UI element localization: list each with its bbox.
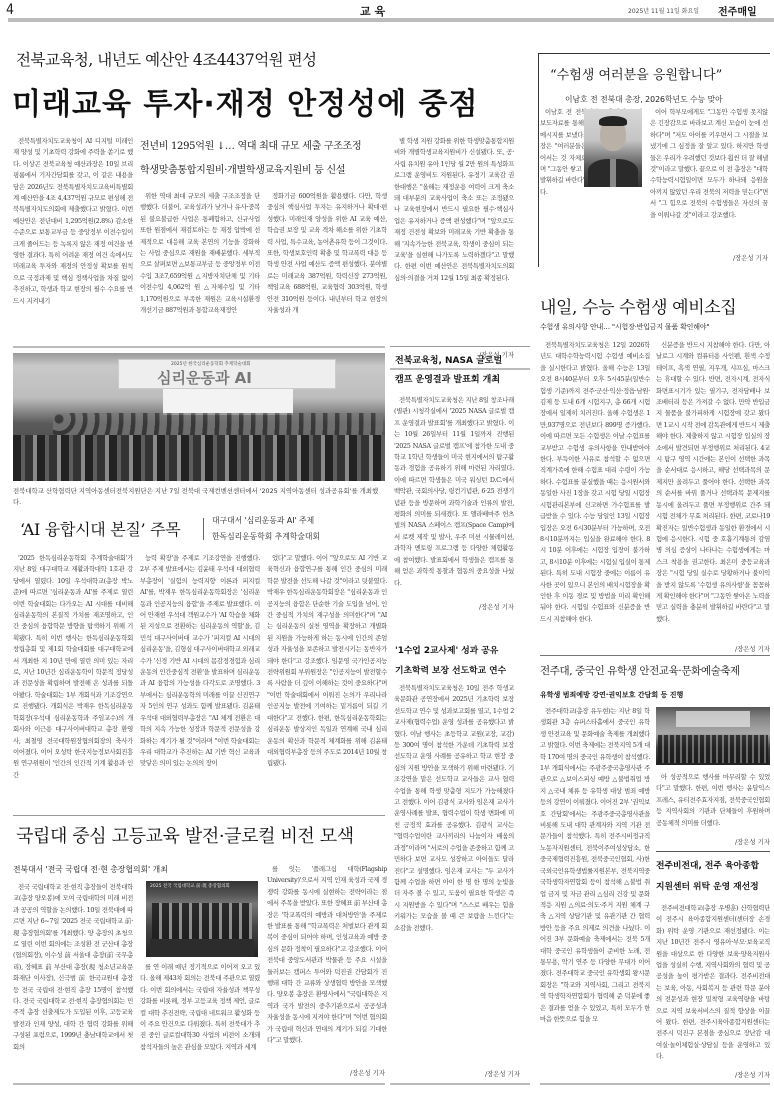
exam-col-2: 신분증을 반드시 지참해야 한다. 다만, 아날로그 시계와 컴퓨터용 사인펜,… xyxy=(656,340,770,645)
lead-col-2: 위한 역대 최대 규모의 세출 구조조정을 단행했다. 더불어, 교육성과가 낮… xyxy=(140,191,260,346)
childcare-headline-2: 지원센터 위탁 운영 재선정 xyxy=(656,879,759,892)
exam-headline: 내일, 수능 수험생 예비소집 xyxy=(540,293,736,318)
interview-byline: /장은성 기자 xyxy=(700,253,768,262)
lead-col-1: 전북특별자치도교육청이 AI 디지털 미래인재 양성 및 기초학력 강화에 주력… xyxy=(13,136,133,346)
exam-subhead: 수험생 유의사항 안내… "시험장·반입금지 물품 확인해야" xyxy=(540,322,709,332)
page-number: 4 xyxy=(6,2,14,18)
masthead-rule xyxy=(8,18,774,22)
china-festival-stage xyxy=(676,711,750,727)
section-title: 교 육 xyxy=(360,3,385,19)
nasa-byline: /장은성 기자 xyxy=(440,602,514,611)
childcare-body: 전주비전대학교(총장 우병훈) 산학협력단이 전주시 육아종합지원센터(센터장 … xyxy=(656,903,770,1083)
teachers-body: 전북특별자치도교육청은 10일 전주 학생교육문화관 공연장에서 2025년 기… xyxy=(394,683,514,1083)
portrait-tie xyxy=(610,159,616,187)
childcare-headline-1: 전주비전대, 전주 육아종합 xyxy=(656,858,759,871)
conference-photo: 2025년 한국심리운동학회 추계학술대회 심리운동과 AI xyxy=(13,353,385,481)
national-univ-byline: /장은성 기자 xyxy=(320,1068,385,1077)
psych-sub-2: 한독심리운동학회 추계학술대회 xyxy=(212,531,320,542)
china-col-2: 아 성공적으로 행사를 마무리할 수 있었다"고 말했다. 한편, 이번 행사는… xyxy=(656,772,770,832)
page-bottom-rule-mid xyxy=(390,1083,530,1085)
childcare-top-rule xyxy=(656,851,770,852)
lead-kicker: 전북교육청, 내년도 예산안 4조4437억원 편성 xyxy=(16,48,317,70)
conference-banner: 2025년 한국심리운동학회 추계학술대회 심리운동과 AI xyxy=(118,359,336,389)
china-col-1: 전주대학교(총장 유두현)는 지난 8일 학생회관 3층 슈퍼스타홀에서 중국인… xyxy=(540,706,650,1084)
nasa-headline-2: 캠프 운영결과 발표회 개최 xyxy=(395,372,500,385)
exam-col-1: 전북특별자치도교육청은 12일 2026학년도 대학수학능력시험 수험생 예비소… xyxy=(540,340,650,640)
psych-col-2: 능력 확장'을 주제로 기조강연을 진행했다. 2부 주제 발표에서는 김윤태 … xyxy=(140,553,260,811)
issue-date: 2025년 11월 11일 화요일 xyxy=(628,6,699,15)
portrait-hair xyxy=(599,116,627,126)
exam-bottom-rule xyxy=(540,655,770,656)
lead-col-3: 정화기금 600억원을 활용했다. 다만, 학생 중심의 핵심사업 투자는 유지… xyxy=(267,191,387,346)
nasa-body: 전북특별자치도교육청은 지난 8일 창조나래(별관) 시청각실에서 '2025 … xyxy=(394,395,514,610)
page-bottom-rule-left xyxy=(13,1083,385,1085)
psych-col-3: 었다"고 말했다. 이어 "앞으로도 AI 기반 교육혁신과 융합연구를 통해 … xyxy=(267,553,387,803)
conference-caption: 전북대학교 산학협력단 지역아동센터전북지원단은 지난 7일 전북대 국제컨벤션… xyxy=(13,486,385,508)
national-univ-col-3: 를 잇는 '플래그십 대학(Flagship University)'으로서 지… xyxy=(267,864,387,1074)
psych-col-1: '2025 한독심리운동학회 추계학술대회'가 지난 8일 대구대학교 재활과학… xyxy=(13,553,133,811)
national-univ-col-2: 를 연 이래 매년 정기적으로 이어져 오고 있다. 올해 제43차 회의는 전… xyxy=(140,962,260,1082)
china-festival-photo xyxy=(656,707,770,765)
china-festival-crowd xyxy=(658,735,768,763)
lead-col-4: 별 학생 지원 강화를 위한 학생맞춤통합지원비와 개별학생교육지원비가 신설됐… xyxy=(394,136,514,336)
lead-headline: 미래교육 투자·재정 안정성에 중점 xyxy=(12,79,478,123)
exam-byline: /장은성 기자 xyxy=(710,644,770,653)
lead-bottom-rule xyxy=(13,346,385,348)
crowd-row-front xyxy=(13,435,385,481)
teachers-headline-1: '1수업 2교사제' 성과 공유 xyxy=(395,643,498,656)
psych-bottom-rule xyxy=(13,815,385,816)
teachers-headline-2: 기초학력 보장 선도학교 연수 xyxy=(395,663,506,676)
national-univ-group xyxy=(152,903,252,943)
interview-col-2: 이어 학부모에게도 "그동안 수험생 못지않은 긴장감으로 바라보고 계신 모습… xyxy=(650,107,768,257)
national-univ-photo-banner: 2025 전국 국립대학교 前·現 총장협의회 xyxy=(150,883,230,889)
psych-headline-divider xyxy=(203,518,204,540)
lead-subhead-2: 학생맞춤통합지원비·개별학생교육지원비 등 신설 xyxy=(140,161,345,176)
interview-subhead: 이남호 전 전북대 총장, 2026학년도 수능 맞아 xyxy=(565,94,723,105)
national-univ-subhead: 전북대서 '전국 국립대 전·현 총장협의회' 개최 xyxy=(13,864,168,875)
china-headline: 전주대, 중국인 유학생 안전교육·문화예술축제 xyxy=(540,663,740,678)
lead-right-rule xyxy=(390,368,530,370)
psych-sub-1: 대구대서 '심리운동과 AI' 주제 xyxy=(212,515,314,526)
conference-banner-large-text: 심리운동과 AI xyxy=(157,367,252,388)
national-univ-headline: 국립대 중심 고등교육 발전·글로컬 비전 모색 xyxy=(16,822,354,848)
national-univ-table xyxy=(150,939,254,957)
psych-headline: ‘AI 융합시대 본질’ 주목 xyxy=(20,517,180,540)
page-bottom-rule-right xyxy=(540,1083,770,1085)
paper-name: 전주매일 xyxy=(718,3,757,18)
national-univ-col-1: 전국 국립대학교 전·현직 총장들이 전북대학교(총장 양오봉)에 모여 국립대… xyxy=(13,882,133,1082)
childcare-byline: /장은성 기자 xyxy=(710,1070,770,1079)
national-univ-photo: 2025 전국 국립대학교 前·現 총장협의회 xyxy=(146,881,258,957)
nasa-headline-1: 전북교육청, NASA 글로벌 xyxy=(395,353,502,366)
portrait-photo xyxy=(584,109,642,187)
interview-headline: “수험생 여러분을 응원합니다” xyxy=(550,64,722,83)
lead-subhead-1: 전년비 1295억원 ↓… 역대 최대 규모 세출 구조조정 xyxy=(140,137,361,152)
teachers-byline: /장은성 기자 xyxy=(460,1069,520,1078)
china-subhead: 유학생 범죄예방 강연·권익보호 간담회 등 진행 xyxy=(540,690,683,700)
china-byline: /장은성 기자 xyxy=(710,837,770,846)
conference-screen xyxy=(163,389,293,415)
nasa-top-rule xyxy=(390,346,530,347)
